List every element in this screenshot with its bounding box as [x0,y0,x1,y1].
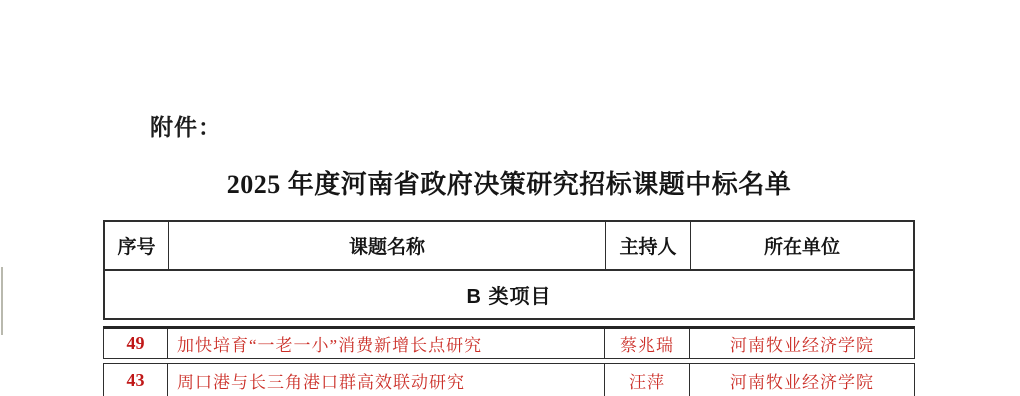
cell-host: 汪萍 [605,364,690,396]
cell-unit: 河南牧业经济学院 [690,364,914,396]
topic-title: 周口港与长三角港口群高效联动研究 [177,368,465,393]
table-row: 43 周口港与长三角港口群高效联动研究 汪萍 河南牧业经济学院 [103,363,915,396]
cell-number: 43 [104,364,168,396]
column-header-topic: 课题名称 [169,222,606,269]
section-label-category-b: B 类项目 [105,271,913,318]
unit-name: 河南牧业经济学院 [730,368,874,393]
cell-host: 蔡兆瑞 [605,329,690,358]
host-name: 蔡兆瑞 [620,331,674,356]
column-header-host: 主持人 [606,222,691,269]
document-page: 附件： 2025 年度河南省政府决策研究招标课题中标名单 序号 课题名称 主持人… [0,0,1020,396]
row-number: 43 [127,370,145,391]
attachment-label: 附件： [150,109,222,142]
column-header-unit: 所在单位 [691,222,913,269]
table-header-row: 序号 课题名称 主持人 所在单位 [105,222,913,271]
unit-name: 河南牧业经济学院 [730,331,874,356]
cell-topic: 周口港与长三角港口群高效联动研究 [168,364,605,396]
row-number: 49 [127,333,145,354]
results-table-header-block: 序号 课题名称 主持人 所在单位 B 类项目 [103,220,915,320]
cell-topic: 加快培育“一老一小”消费新增长点研究 [168,329,605,358]
column-header-number: 序号 [105,222,169,269]
cell-unit: 河南牧业经济学院 [690,329,914,358]
cell-number: 49 [104,329,168,358]
topic-title: 加快培育“一老一小”消费新增长点研究 [177,331,482,356]
scan-edge-artifact [1,267,3,335]
page-title: 2025 年度河南省政府决策研究招标课题中标名单 [103,164,915,201]
table-row: 49 加快培育“一老一小”消费新增长点研究 蔡兆瑞 河南牧业经济学院 [103,326,915,359]
host-name: 汪萍 [629,368,665,393]
